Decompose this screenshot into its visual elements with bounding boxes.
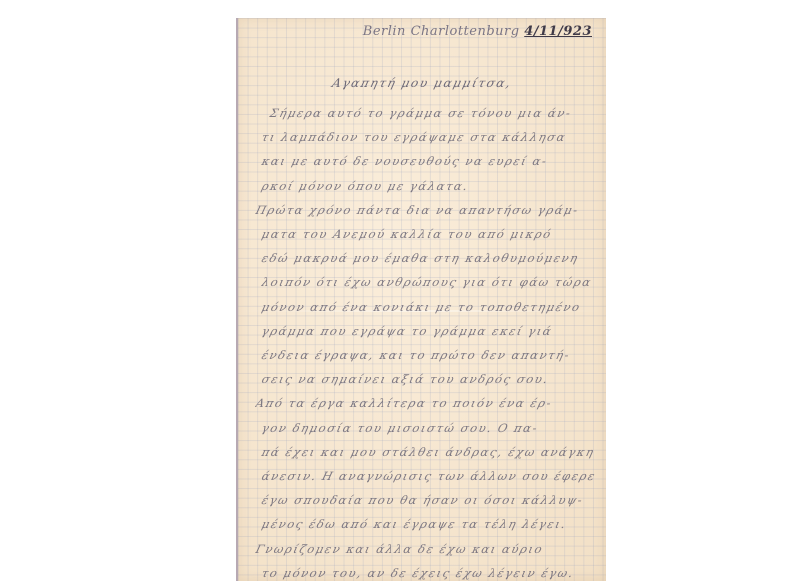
letter-dateline: Berlin Charlottenburg 4/11/923: [363, 24, 592, 39]
letter-line: μένος έδω από και έγραψε τα τέλη λέγει.: [260, 517, 597, 531]
letter-line: έγω σπουδαία που θα ήσαν οι όσοι κάλλυψ-: [260, 493, 597, 507]
letter-salutation: Αγαπητή μου μαμμίτσα,: [236, 76, 607, 90]
letter-line: άνεσιν. Η αναγνώρισις των άλλων σου έφερ…: [260, 469, 597, 483]
letter-page: Berlin Charlottenburg 4/11/923 Αγαπητή μ…: [236, 18, 606, 581]
letter-line: το μόνον του, αν δε έχεις έχω λέγειν έγω…: [260, 566, 597, 580]
letter-place: Berlin Charlottenburg: [363, 24, 520, 39]
letter-line: σεις να σημαίνει αξιά του ανδρός σου.: [260, 372, 597, 386]
letter-line: γον δημοσία του μισοιστώ σου. Ο πα-: [260, 421, 597, 435]
letter-line: μόνον από ένα κονιάκι με το τοποθετημένο: [260, 300, 597, 314]
letter-line: Γνωρίζομεν και άλλα δε έχω και αύριο: [254, 542, 597, 556]
letter-line: Πρώτα χρόνο πάντα δια να απαντήσω γράμ-: [254, 203, 597, 217]
letter-line: γράμμα που εγράψα το γράμμα εκεί γιά: [260, 324, 597, 338]
letter-line: τι λαμπάδιον του εγράψαμε στα κάλλησα: [260, 130, 597, 144]
letter-date: 4/11/923: [524, 24, 592, 39]
letter-line: λοιπόν ότι έχω ανθρώπους για ότι φάω τώρ…: [260, 275, 597, 289]
letter-line: Από τα έργα καλλίτερα το ποιόν ένα έρ-: [254, 396, 597, 410]
letter-line: ματα του Ανεμού καλλία του από μικρό: [260, 227, 597, 241]
letter-line: εδώ μακρυά μου έμαθα στη καλοθυμούμενη: [260, 251, 597, 265]
letter-line: ρκοί μόνον όπου με γάλατα.: [260, 179, 597, 193]
letter-line: και με αυτό δε νουσευθούς να ευρεί α-: [260, 154, 597, 168]
letter-line: ένδεια έγραψα, και το πρώτο δεν απαντή-: [260, 348, 597, 362]
letter-line: πά έχει και μου στάλθει άνδρας, έχω ανάγ…: [260, 445, 597, 459]
letter-line: Σήμερα αυτό το γράμμα σε τόνου μια άν-: [268, 106, 597, 120]
